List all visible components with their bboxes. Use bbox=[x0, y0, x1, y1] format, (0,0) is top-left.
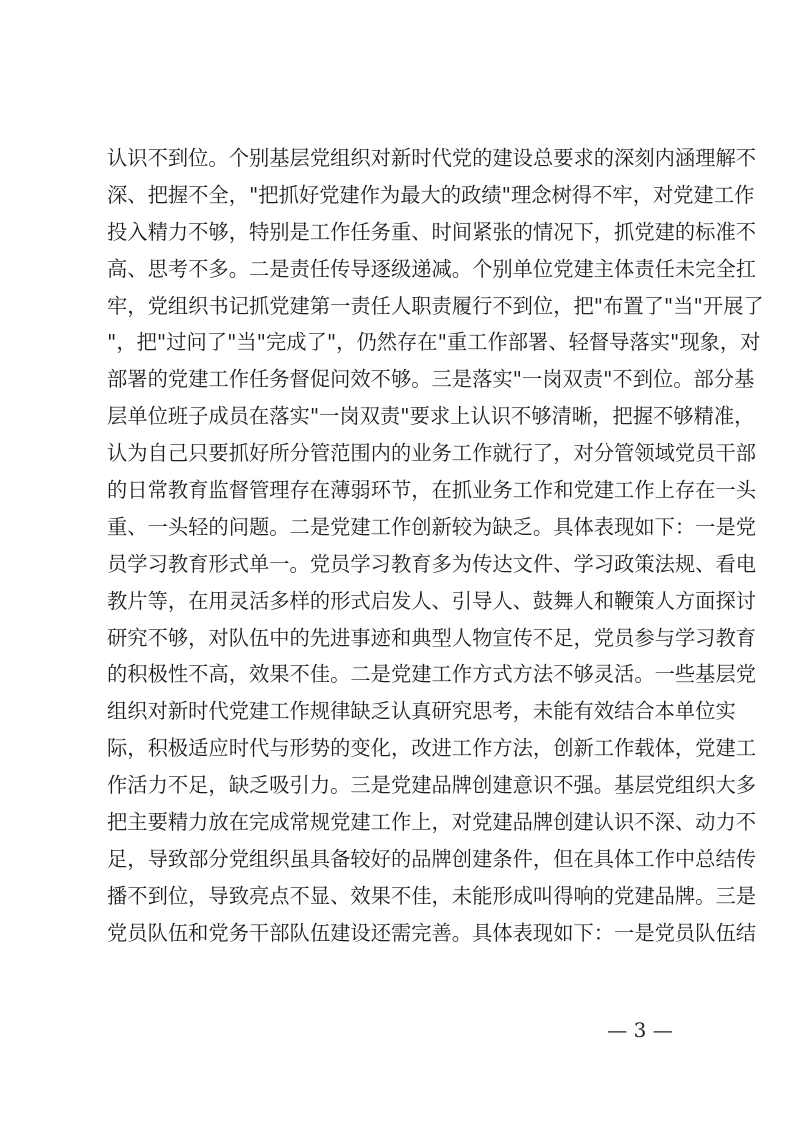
text-line: 重、一头轻的问题。二是党建工作创新较为缺乏。具体表现如下：一是党 bbox=[107, 509, 697, 546]
text-line: 播不到位，导致亮点不显、效果不佳，未能形成叫得响的党建品牌。三是 bbox=[107, 878, 697, 915]
text-line: 牢，党组织书记抓党建第一责任人职责履行不到位，把"布置了"当"开展了 bbox=[107, 288, 697, 325]
text-line: 投入精力不够，特别是工作任务重、时间紧张的情况下，抓党建的标准不 bbox=[107, 214, 697, 251]
text-line: 认为自己只要抓好所分管范围内的业务工作就行了，对分管领域党员干部 bbox=[107, 435, 697, 472]
text-line: 的日常教育监督管理存在薄弱环节，在抓业务工作和党建工作上存在一头 bbox=[107, 472, 697, 509]
text-line: 员学习教育形式单一。党员学习教育多为传达文件、学习政策法规、看电 bbox=[107, 546, 697, 583]
text-line: 作活力不足，缺乏吸引力。三是党建品牌创建意识不强。基层党组织大多 bbox=[107, 767, 697, 804]
text-line: 高、思考不多。二是责任传导逐级递减。个别单位党建主体责任未完全扛 bbox=[107, 251, 697, 288]
text-line: 足，导致部分党组织虽具备较好的品牌创建条件，但在具体工作中总结传 bbox=[107, 841, 697, 878]
text-line: "，把"过问了"当"完成了"，仍然存在"重工作部署、轻督导落实"现象，对 bbox=[107, 324, 697, 361]
document-page: 认识不到位。个别基层党组织对新时代党的建设总要求的深刻内涵理解不 深、把握不全，… bbox=[0, 0, 793, 1122]
text-line: 的积极性不高，效果不佳。二是党建工作方式方法不够灵活。一些基层党 bbox=[107, 656, 697, 693]
text-line: 党员队伍和党务干部队伍建设还需完善。具体表现如下：一是党员队伍结 bbox=[107, 915, 697, 952]
text-line: 教片等，在用灵活多样的形式启发人、引导人、鼓舞人和鞭策人方面探讨 bbox=[107, 583, 697, 620]
body-text: 认识不到位。个别基层党组织对新时代党的建设总要求的深刻内涵理解不 深、把握不全，… bbox=[107, 140, 697, 952]
text-line: 认识不到位。个别基层党组织对新时代党的建设总要求的深刻内涵理解不 bbox=[107, 140, 697, 177]
text-line: 深、把握不全，"把抓好党建作为最大的政绩"理念树得不牢，对党建工作 bbox=[107, 177, 697, 214]
text-line: 把主要精力放在完成常规党建工作上，对党建品牌创建认识不深、动力不 bbox=[107, 804, 697, 841]
text-line: 研究不够，对队伍中的先进事迹和典型人物宣传不足，党员参与学习教育 bbox=[107, 620, 697, 657]
page-number: — 3 — bbox=[600, 1017, 680, 1043]
text-line: 际，积极适应时代与形势的变化，改进工作方法，创新工作载体，党建工 bbox=[107, 730, 697, 767]
text-line: 层单位班子成员在落实"一岗双责"要求上认识不够清晰，把握不够精准， bbox=[107, 398, 697, 435]
text-line: 组织对新时代党建工作规律缺乏认真研究思考，未能有效结合本单位实 bbox=[107, 693, 697, 730]
text-line: 部署的党建工作任务督促问效不够。三是落实"一岗双责"不到位。部分基 bbox=[107, 361, 697, 398]
